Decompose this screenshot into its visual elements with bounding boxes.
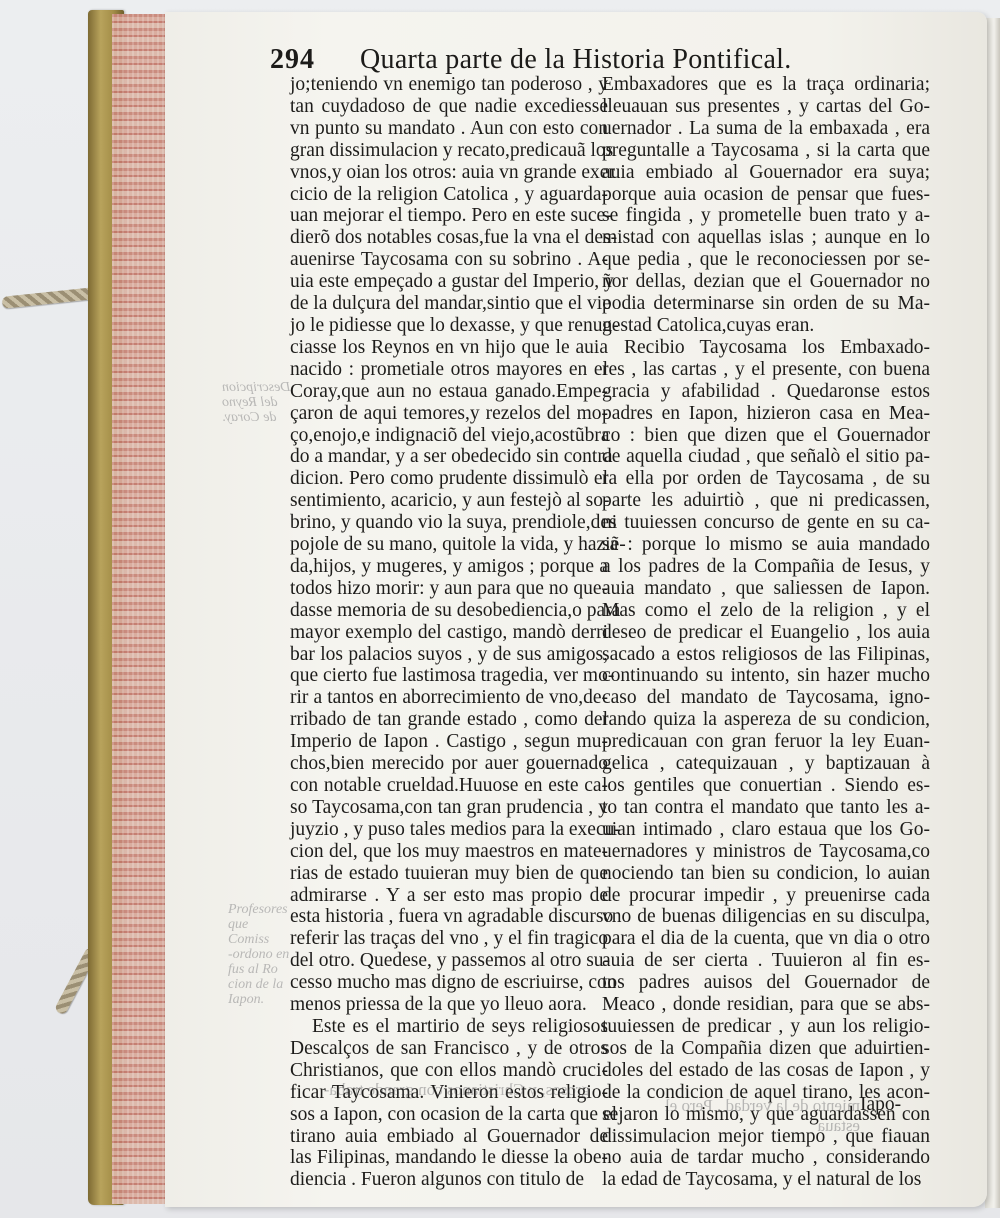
text-line: tan cuydadoso de que nadie excediesse	[290, 96, 608, 118]
text-line: Christianos, que con ellos mandò cruci-	[290, 1060, 608, 1082]
text-line: que cierto fue lastimosa tragedia, ver m…	[290, 665, 608, 687]
text-line: dasse memoria de su desobediencia,o para	[290, 600, 608, 622]
ghost-line: de Coray.	[222, 410, 292, 425]
text-line: Recibio Taycosama los Embaxado-	[602, 337, 930, 359]
text-line: ni tuuiessen concurso de gente en su ca-	[602, 512, 930, 534]
text-line: dierõ dos notables cosas,fue la vna el d…	[290, 227, 608, 249]
text-line: porque auia ocasion de pensar que fues-	[602, 184, 930, 206]
text-line: auia embiado al Gouernador era suya;	[602, 162, 930, 184]
text-line: caso del mandato de Taycosama, igno-	[602, 687, 930, 709]
text-line: gran dissimulacion y recato,predicauã lo…	[290, 140, 608, 162]
bleed-through-marginal-note: Descripcion del Reyno de Coray.	[222, 380, 292, 425]
text-line: del otro. Quedese, y passemos al otro su…	[290, 950, 608, 972]
text-line: ra ella por orden de Taycosama , de su	[602, 468, 930, 490]
text-line: cion del, que los muy maestros en mate-	[290, 841, 608, 863]
text-line: rias de estado tuuieran muy bien de que	[290, 863, 608, 885]
text-line: pojole de su mano, quitole la vida, y ha…	[290, 534, 608, 556]
text-line: uernadores y ministros de Taycosama,co	[602, 841, 930, 863]
text-line: çaron de aqui temores,y rezelos del mo-	[290, 403, 608, 425]
text-line: de procurar impedir , y preuenirse cada	[602, 885, 930, 907]
text-line: sos de la Compañia dizen que aduirtien-	[602, 1038, 930, 1060]
text-line: rribado de tan grande estado , como del	[290, 709, 608, 731]
text-line: sentimiento, acaricio, y aun festejò al …	[290, 490, 608, 512]
text-line: de aquella ciudad , que señalò el sitio …	[602, 446, 930, 468]
text-line: nociendo tan bien su condicion, lo auian	[602, 863, 930, 885]
text-line: juyzio , y puso tales medios para la exe…	[290, 819, 608, 841]
text-line: Coray,que aun no estaua ganado.Empe-	[290, 381, 608, 403]
text-line: con notable crueldad.Huuose en este ca-	[290, 775, 608, 797]
text-line: jo le pidiesse que lo dexasse, y que ren…	[290, 315, 608, 337]
text-line: gestad Catolica,cuyas eran.	[602, 315, 930, 337]
catchword: Iapo-	[860, 1094, 901, 1116]
text-line: la edad de Taycosama, y el natural de lo…	[602, 1169, 930, 1191]
text-line: brino, y quando vio la suya, prendiole,d…	[290, 512, 608, 534]
text-line: lleuauan sus presentes , y cartas del Go…	[602, 96, 930, 118]
ghost-line: Descripcion	[222, 380, 292, 395]
text-line: gracia y afabilidad . Quedaronse estos	[602, 381, 930, 403]
text-line: que pedia , que le reconociessen por se-	[602, 249, 930, 271]
text-line: vnos,y oian los otros: auia vn grande ex…	[290, 162, 608, 184]
text-line: da,hijos, y mugeres, y amigos ; porque a	[290, 556, 608, 578]
text-line: auia de ser cierta . Tuuieron al fin es-	[602, 950, 930, 972]
text-line: de la dulçura del mandar,sintio que el v…	[290, 293, 608, 315]
text-line: Este es el martirio de seys religiosos	[290, 1016, 608, 1038]
ghost-line: que Comiss	[228, 917, 290, 947]
text-line: deseo de predicar el Euangelio , los aui…	[602, 622, 930, 644]
text-line: Embaxadores que es la traça ordinaria;	[602, 74, 930, 96]
text-line: padres en Iapon, hizieron casa en Mea-	[602, 403, 930, 425]
ghost-line: Iapon.	[228, 992, 290, 1007]
ghost-line: fus al Ro	[228, 962, 290, 977]
text-line: so Taycosama,con tan gran prudencia , y	[290, 797, 608, 819]
text-line: vn punto su mandato . Aun con esto con	[290, 118, 608, 140]
text-line: jo;teniendo vn enemigo tan poderoso , y	[290, 74, 608, 96]
text-line: para el dia de la cuenta, que vn dia o o…	[602, 928, 930, 950]
text-line: ñor dellas, dezian que el Gouernador no	[602, 271, 930, 293]
text-line: los gentiles que conuertian . Siendo es-	[602, 775, 930, 797]
text-line: mistad con aquellas islas ; aunque en lo	[602, 227, 930, 249]
text-line: do a mandar, y a ser obedecido sin contr…	[290, 446, 608, 468]
text-line: doles del estado de las cosas de Iapon ,…	[602, 1060, 930, 1082]
text-line: cesso mucho mas digno de escriuirse, con	[290, 972, 608, 994]
text-line: Mas como el zelo de la religion , y el	[602, 600, 930, 622]
text-line: parte les aduirtiò , que ni predicassen,	[602, 490, 930, 512]
page-number: 294	[270, 44, 360, 76]
text-line: gelica , catequizauan , y baptizauan à	[602, 753, 930, 775]
text-line: predicauan con gran feruor la ley Euan-	[602, 731, 930, 753]
text-line: Meaco , donde residian, para que se abs-	[602, 994, 930, 1016]
text-line: las Filipinas, mandando le diesse la obe…	[290, 1147, 608, 1169]
text-line: preguntalle a Taycosama , si la carta qu…	[602, 140, 930, 162]
text-line: auia mandato , que saliessen de Iapon.	[602, 578, 930, 600]
text-line: nacido : prometiale otros mayores en el	[290, 359, 608, 381]
bleed-through-footer-right: miento de la verdad . Pero el estaua	[620, 1096, 860, 1136]
text-column-right: Embaxadores que es la traça ordinaria;ll…	[602, 74, 930, 1191]
running-title: Quarta parte de la Historia Pontifical.	[360, 44, 792, 76]
text-column-left: jo;teniendo vn enemigo tan poderoso , yt…	[290, 74, 608, 1191]
text-line: dicion. Pero como prudente dissimulò el	[290, 468, 608, 490]
text-line: esta historia , fuera vn agradable discu…	[290, 906, 608, 928]
text-line: tos padres auisos del Gouernador de	[602, 972, 930, 994]
text-line: res , las cartas , y el presente, con bu…	[602, 359, 930, 381]
text-line: Descalços de san Francisco , y de otros	[290, 1038, 608, 1060]
text-line: continuando su intento, sin hazer mucho	[602, 665, 930, 687]
text-line: uernador . La suma de la embaxada , era	[602, 118, 930, 140]
text-line: bar los palacios suyos , y de sus amigos…	[290, 644, 608, 666]
text-line: ço,enojo,e indignaciõ del viejo,acostũbr…	[290, 425, 608, 447]
ghost-line: del Reyno	[222, 395, 292, 410]
red-sprinkled-page-edges	[112, 14, 168, 1204]
text-line: to tan contra el mandato que tanto les a…	[602, 797, 930, 819]
text-line: podia determinarse sin orden de su Ma-	[602, 293, 930, 315]
text-line: todos hizo morir: y aun para que no que-	[290, 578, 608, 600]
text-line: tuuiessen de predicar , y aun los religi…	[602, 1016, 930, 1038]
text-line: auenirse Taycosama con su sobrino . A-	[290, 249, 608, 271]
text-line: se fingida , y prometelle buen trato y a…	[602, 205, 930, 227]
text-line: referir las traças del vno , y el fin tr…	[290, 928, 608, 950]
bleed-through-marginal-note-lower: Profesores que Comiss -ordono en fus al …	[228, 902, 290, 1007]
text-line: cicio de la religion Catolica , y aguard…	[290, 184, 608, 206]
text-line: diencia . Fueron algunos con titulo de	[290, 1169, 608, 1191]
text-line: no auia de tardar mucho , considerando	[602, 1147, 930, 1169]
text-line: Imperio de Iapon . Castigo , segun mu-	[290, 731, 608, 753]
text-line: uian intimado , claro estaua que los Go-	[602, 819, 930, 841]
text-line: rando quiza la aspereza de su condicion,	[602, 709, 930, 731]
text-line: mayor exemplo del castigo, mandò derri	[290, 622, 608, 644]
text-line: chos,bien merecido por auer gouernado	[290, 753, 608, 775]
text-line: uan mejorar el tiempo. Pero en este suce…	[290, 205, 608, 227]
text-line: sos a Iapon, con ocasion de la carta que…	[290, 1104, 608, 1126]
text-line: vno de buenas diligencias en su disculpa…	[602, 906, 930, 928]
text-line: tirano auia embiado al Gouernador de	[290, 1126, 608, 1148]
text-line: ciasse los Reynos en vn hijo que le auia	[290, 337, 608, 359]
ghost-line: -ordono en	[228, 947, 290, 962]
text-line: a los padres de la Compañia de Iesus, y	[602, 556, 930, 578]
text-line: menos priessa de la que yo lleuo aora.	[290, 994, 608, 1016]
text-line: rir a tantos en aborrecimiento de vno,de…	[290, 687, 608, 709]
text-line: admirarse . Y a ser esto mas propio de	[290, 885, 608, 907]
ghost-line: Profesores	[228, 902, 290, 917]
facing-page-edge	[985, 18, 1000, 1208]
text-line: sa : porque lo mismo se auia mandado	[602, 534, 930, 556]
bleed-through-footer-left: grosos, y Christianos con grande traba-	[290, 1080, 590, 1100]
ghost-line: cion de la	[228, 977, 290, 992]
text-line: sacado a estos religiosos de las Filipin…	[602, 644, 930, 666]
text-line: uia este empeçado a gustar del Imperio, …	[290, 271, 608, 293]
text-line: co : bien que dizen que el Gouernador	[602, 425, 930, 447]
